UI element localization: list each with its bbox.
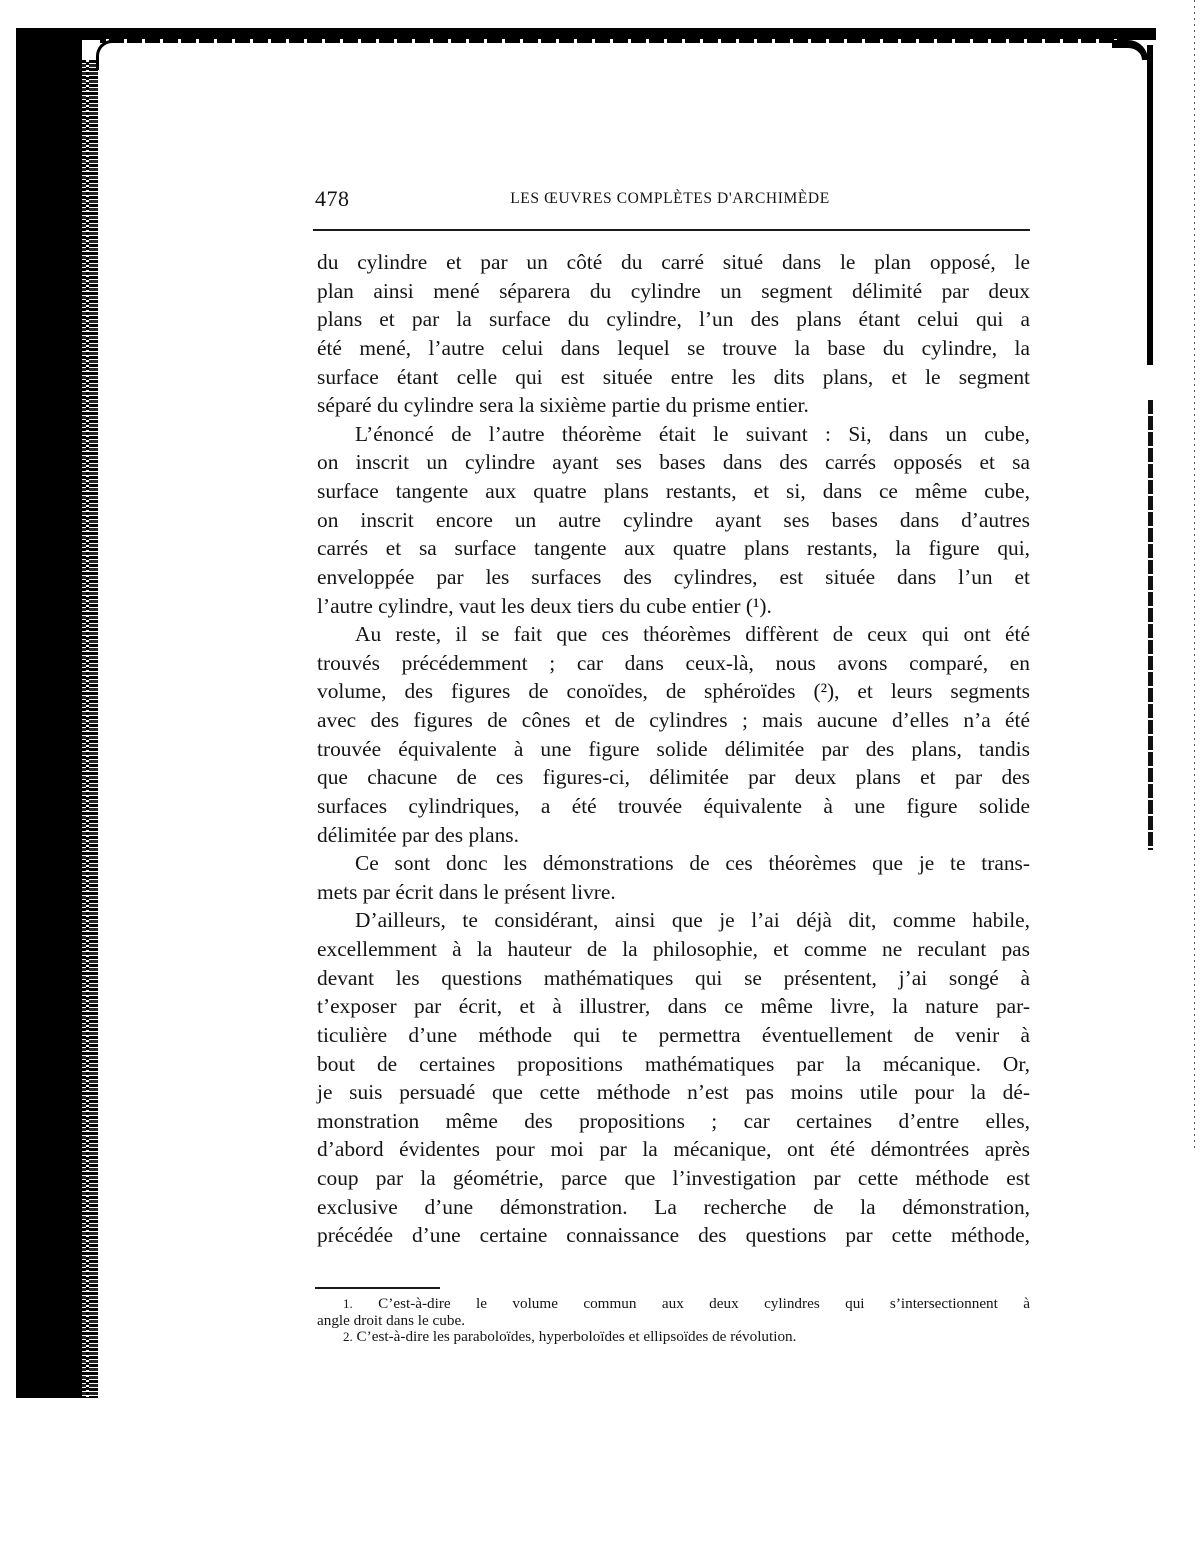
body-line: été mené, l’autre celui dans lequel se t… [317, 334, 1030, 363]
body-line: trouvés précédemment ; car dans ceux-là,… [317, 649, 1030, 678]
paragraph-start: Ce sont donc les démonstrations de ces t… [317, 849, 1030, 878]
body-line: avec des figures de cônes et de cylindre… [317, 706, 1030, 735]
footnotes: 1. C’est-à-dire le volume commun aux deu… [317, 1296, 1030, 1346]
body-line: trouvée équivalente à une figure solide … [317, 735, 1030, 764]
scan-left-binding-shadow [16, 28, 82, 1398]
body-line: précédée d’une certaine connaissance des… [317, 1221, 1030, 1250]
body-line: on inscrit un cylindre ayant ses bases d… [317, 448, 1030, 477]
body-text: du cylindre et par un côté du carré situ… [317, 248, 1030, 1250]
scan-left-binding-texture [82, 60, 98, 1398]
body-line: séparé du cylindre sera la sixième parti… [317, 391, 1030, 420]
footnote-1: 1. C’est-à-dire le volume commun aux deu… [317, 1296, 1030, 1313]
footnote-number: 2. [343, 1329, 353, 1344]
scan-right-dotted-edge [1194, 0, 1195, 1150]
body-line: t’exposer par écrit, et à illustrer, dan… [317, 992, 1030, 1021]
body-line: je suis persuadé que cette méthode n’est… [317, 1078, 1030, 1107]
body-line: exclusive d’une démonstration. La recher… [317, 1193, 1030, 1222]
body-line: enveloppée par les surfaces des cylindre… [317, 563, 1030, 592]
footnote-text: C’est-à-dire le volume commun aux deux c… [378, 1295, 1030, 1312]
body-line: coup par la géométrie, parce que l’inves… [317, 1164, 1030, 1193]
body-line: surface étant celle qui est située entre… [317, 363, 1030, 392]
body-line: d’abord évidentes pour moi par la mécani… [317, 1135, 1030, 1164]
body-line: monstration même des propositions ; car … [317, 1107, 1030, 1136]
body-line: on inscrit encore un autre cylindre ayan… [317, 506, 1030, 535]
header-rule [313, 229, 1030, 231]
body-line: surfaces cylindriques, a été trouvée équ… [317, 792, 1030, 821]
body-line: délimitée par des plans. [317, 821, 1030, 850]
body-line: bout de certaines propositions mathémati… [317, 1050, 1030, 1079]
footnote-rule [315, 1287, 440, 1289]
footnote-text: C’est-à-dire les paraboloïdes, hyperbolo… [357, 1328, 797, 1345]
scan-page-corner-left [96, 40, 112, 70]
scan-top-border-edge [100, 39, 1120, 43]
body-line: ticulière d’une méthode qui te permettra… [317, 1021, 1030, 1050]
body-line: plans et par la surface du cylindre, l’u… [317, 305, 1030, 334]
body-line: carrés et sa surface tangente aux quatre… [317, 534, 1030, 563]
paragraph-start: D’ailleurs, te considérant, ainsi que je… [317, 906, 1030, 935]
body-line: devant les questions mathématiques qui s… [317, 964, 1030, 993]
footnote-2: 2. C’est-à-dire les paraboloïdes, hyperb… [317, 1329, 1030, 1346]
body-line: mets par écrit dans le présent livre. [317, 878, 1030, 907]
body-line: que chacune de ces figures-ci, délimitée… [317, 763, 1030, 792]
scan-page-corner-right [1112, 40, 1148, 60]
scan-right-edge-shadow-lower [1148, 400, 1153, 850]
page-number: 478 [315, 186, 350, 212]
footnote-number: 1. [343, 1296, 353, 1311]
body-line: surface tangente aux quatre plans restan… [317, 477, 1030, 506]
body-line: du cylindre et par un côté du carré situ… [317, 248, 1030, 277]
body-line: plan ainsi mené séparera du cylindre un … [317, 277, 1030, 306]
body-line-footnote-ref-2: volume, des figures de conoïdes, de sphé… [317, 677, 1030, 706]
scan-right-edge-shadow [1147, 45, 1153, 365]
paragraph-start: Au reste, il se fait que ces théorèmes d… [317, 620, 1030, 649]
footnote-1-continuation: angle droit dans le cube. [317, 1313, 1030, 1330]
paragraph-start: L’énoncé de l’autre théorème était le su… [317, 420, 1030, 449]
running-head: LES ŒUVRES COMPLÈTES D'ARCHIMÈDE [450, 190, 890, 208]
body-line-footnote-ref-1: l’autre cylindre, vaut les deux tiers du… [317, 592, 1030, 621]
body-line: excellemment à la hauteur de la philosop… [317, 935, 1030, 964]
